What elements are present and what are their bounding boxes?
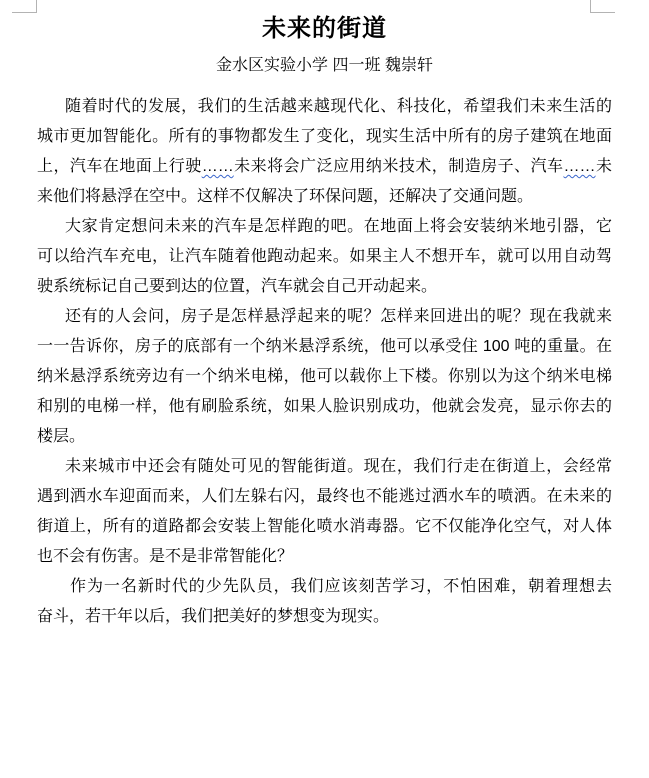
paragraph-line: 奋斗，若干年以后，我们把美好的梦想变为现实。 [37, 602, 612, 632]
paragraph-line: 可以给汽车充电，让汽车随着他跑动起来。如果主人不想开车，就可以用自动驾 [37, 242, 612, 272]
paragraph-line: 来他们将悬浮在空中。这样不仅解决了环保问题，还解决了交通问题。 [37, 182, 612, 212]
document-body: 随着时代的发展，我们的生活越来越现代化、科技化，希望我们未来生活的 城市更加智能… [37, 92, 612, 632]
line-segment: 未来将会广泛应用纳米技术，制造房子、汽车 [234, 158, 564, 175]
paragraph-line: 还有的人会问，房子是怎样悬浮起来的呢？怎样来回进出的呢？现在我就来 [37, 302, 612, 332]
margin-mark-top-left-horizontal [12, 12, 37, 13]
paragraph-line: 楼层。 [37, 422, 612, 452]
paragraph-3: 还有的人会问，房子是怎样悬浮起来的呢？怎样来回进出的呢？现在我就来 一一告诉你，… [37, 302, 612, 452]
paragraph-line: 街道上，所有的道路都会安装上智能化喷水消毒器。它不仅能净化空气，对人体 [37, 512, 612, 542]
paragraph-line: 大家肯定想问未来的汽车是怎样跑的吧。在地面上将会安装纳米地引器，它 [37, 212, 612, 242]
paragraph-5: 作为一名新时代的少先队员，我们应该刻苦学习，不怕困难，朝着理想去 奋斗，若干年以… [37, 572, 612, 632]
paragraph-line: 驶系统标记自己要到达的位置，汽车就会自己开动起来。 [37, 272, 612, 302]
paragraph-line: 遇到洒水车迎面而来，人们左躲右闪，最终也不能逃过洒水车的喷洒。在未来的 [37, 482, 612, 512]
paragraph-line: 未来城市中还会有随处可见的智能街道。现在，我们行走在街道上，会经常 [37, 452, 612, 482]
document-page: 未来的街道 金水区实验小学 四一班 魏崇轩 随着时代的发展，我们的生活越来越现代… [0, 0, 649, 778]
page-title: 未来的街道 [37, 14, 612, 44]
line-segment: 未 [596, 158, 612, 175]
document-text-canvas[interactable]: 未来的街道 金水区实验小学 四一班 魏崇轩 随着时代的发展，我们的生活越来越现代… [37, 0, 612, 632]
paragraph-line: 一一告诉你，房子的底部有一个纳米悬浮系统，他可以承受住 100 吨的重量。在 [37, 332, 612, 362]
paragraph-line: 随着时代的发展，我们的生活越来越现代化、科技化，希望我们未来生活的 [37, 92, 612, 122]
paragraph-line: 纳米悬浮系统旁边有一个纳米电梯，他可以载你上下楼。你别以为这个纳米电梯 [37, 362, 612, 392]
line-segment: 上，汽车在地面上行驶 [37, 158, 202, 175]
paragraph-line: 作为一名新时代的少先队员，我们应该刻苦学习，不怕困难，朝着理想去 [37, 572, 612, 602]
paragraph-line: 上，汽车在地面上行驶……未来将会广泛应用纳米技术，制造房子、汽车……未 [37, 152, 612, 182]
paragraph-line: 和别的电梯一样，他有刷脸系统，如果人脸识别成功，他就会发亮，显示你去的 [37, 392, 612, 422]
paragraph-2: 大家肯定想问未来的汽车是怎样跑的吧。在地面上将会安装纳米地引器，它 可以给汽车充… [37, 212, 612, 302]
ellipsis-spellcheck-underline: …… [564, 158, 596, 175]
paragraph-line: 也不会有伤害。是不是非常智能化？ [37, 542, 612, 572]
byline: 金水区实验小学 四一班 魏崇轩 [37, 55, 612, 77]
paragraph-line: 城市更加智能化。所有的事物都发生了变化，现实生活中所有的房子建筑在地面 [37, 122, 612, 152]
ellipsis-spellcheck-underline: …… [202, 158, 234, 175]
paragraph-1: 随着时代的发展，我们的生活越来越现代化、科技化，希望我们未来生活的 城市更加智能… [37, 92, 612, 212]
paragraph-4: 未来城市中还会有随处可见的智能街道。现在，我们行走在街道上，会经常 遇到洒水车迎… [37, 452, 612, 572]
